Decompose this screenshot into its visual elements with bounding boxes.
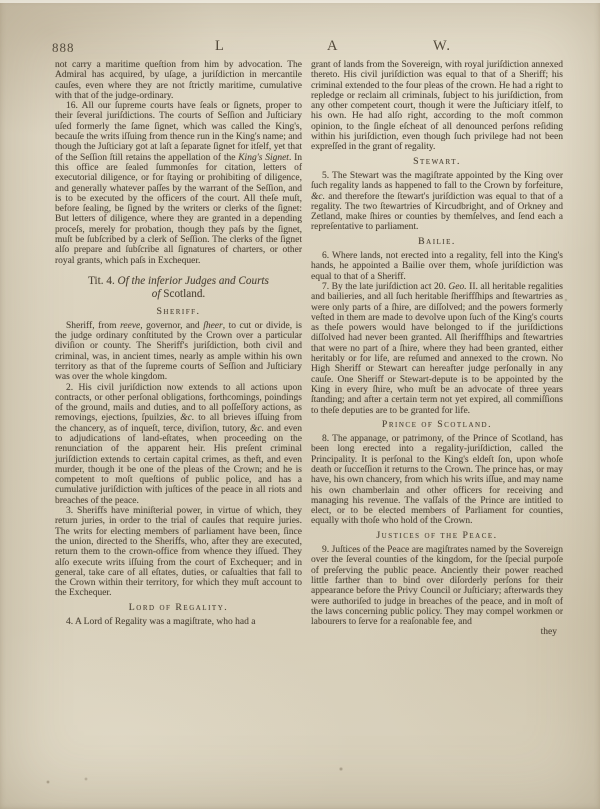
text: Stewart. [413,156,461,167]
text: Sheriff. [156,306,200,317]
text: , governor, and [140,321,203,331]
text: Scotland. [160,288,205,300]
right-column: grant of lands from the Sovereign, with … [311,60,563,638]
catchword: they [311,627,563,637]
paragraph: 8. The appanage, or patrimony, of the Pr… [311,434,563,527]
paragraph: Sheriff, from reeve, governor, and ſheer… [55,321,302,383]
italic-text: Geo. [448,282,466,292]
paragraph: 9. Juſtices of the Peace are magiſtrates… [311,545,563,627]
text: 9. Juſtices of the Peace are magiſtrates… [311,545,563,627]
text: . In this office are ſealed ſummonſes fo… [55,153,302,266]
text: Prince of Scotland. [382,419,492,430]
italic-text: ſheer [203,321,223,331]
italic-text: King's Signet [238,153,289,163]
text: II. all heritable regalities and bailier… [311,282,563,416]
text: not carry a maritime queſtion from him b… [55,60,302,101]
text: 3. Sheriffs have miniſterial power, in v… [55,506,302,598]
paragraph: 6. Where lands, not erected into a regal… [311,251,563,282]
text: 8. The appanage, or patrimony, of the Pr… [311,434,563,526]
text: Lord of Regality. [129,602,228,613]
left-column: not carry a maritime queſtion from him b… [55,60,302,627]
paragraph: 7. By the late juriſdiction act 20. Geo.… [311,282,563,416]
text: 4. A Lord of Regality was a magiſtrate, … [66,617,255,627]
text: 6. Where lands, not erected into a regal… [311,251,563,282]
italic-text: Of the inferior Judges and Courts [118,275,269,287]
text: and even to adjudications of land-eſtate… [55,424,302,506]
running-title-letter-l: L [215,38,225,55]
paragraph: 2. His civil juriſdiction now extends to… [55,383,302,507]
italic-text: &c. [250,424,264,434]
text: and therefore the ſtewart's juriſdiction… [311,192,563,233]
text: Bailie. [418,236,456,247]
heading: Bailie. [311,237,563,247]
heading: Stewart. [311,157,563,167]
text: 7. By the late juriſdiction act 20. [322,282,448,292]
running-title-letter-w: W. [433,38,451,55]
italic-text: reeve [120,321,140,331]
paragraph: 4. A Lord of Regality was a magiſtrate, … [55,617,302,627]
text: Justices of the Peace. [376,530,497,541]
heading: Sheriff. [55,307,302,317]
scanned-book-page: 888 L A W. not carry a maritime queſtion… [0,0,600,809]
text: grant of lands from the Sovereign, with … [311,60,563,152]
paragraph: 3. Sheriffs have miniſterial power, in v… [55,506,302,599]
page-number: 888 [52,40,75,56]
heading: Justices of the Peace. [311,531,563,541]
text: 5. The Stewart was the magiſtrate appoin… [311,171,563,191]
paragraph: grant of lands from the Sovereign, with … [311,60,563,153]
title: Tit. 4. Of the inferior Judges and Court… [55,275,302,302]
heading: Lord of Regality. [55,603,302,613]
italic-text: &c. [311,192,325,202]
paragraph: not carry a maritime queſtion from him b… [55,60,302,101]
text: Sheriff, from [66,321,120,331]
text: they [541,627,557,637]
italic-text: &c. [180,413,194,423]
paragraph: 5. The Stewart was the magiſtrate appoin… [311,171,563,233]
text: Tit. 4. [88,275,117,287]
heading: Prince of Scotland. [311,420,563,430]
paragraph: 16. All our ſupreme courts have ſeals or… [55,101,302,266]
running-title-letter-a: A [327,38,338,55]
